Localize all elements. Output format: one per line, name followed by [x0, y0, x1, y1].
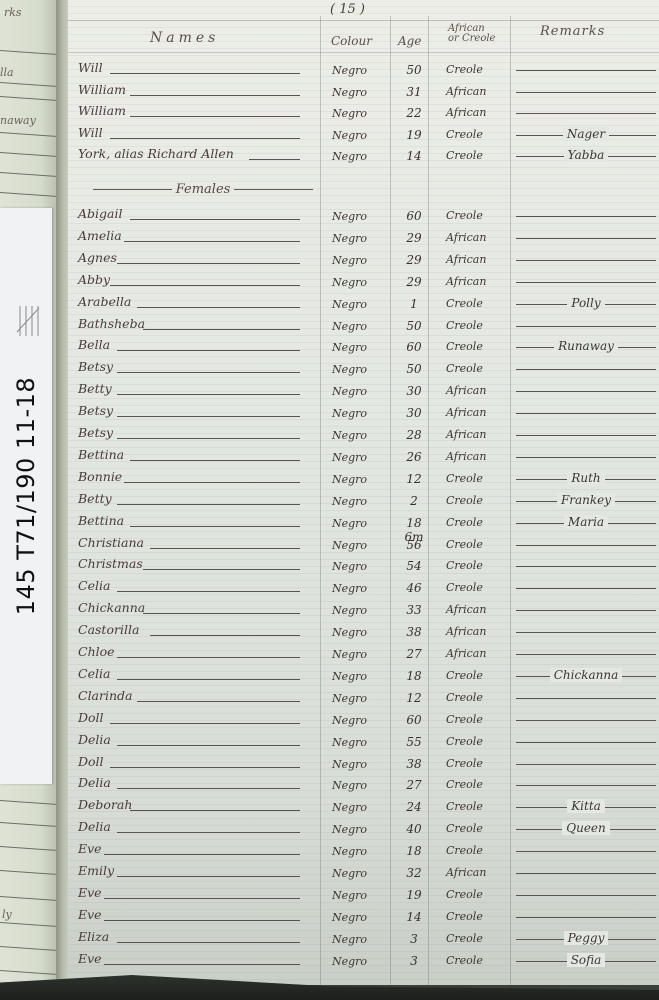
name-cell: Chickanna [78, 600, 145, 615]
name-cell: Eve [78, 951, 102, 966]
name-fill-rule [117, 876, 300, 877]
ledger-row: WillNegro50Creole [68, 60, 659, 82]
name-fill-rule [150, 635, 300, 636]
colour-cell: Negro [332, 429, 367, 442]
origin-cell: Creole [446, 472, 483, 485]
origin-cell: Creole [446, 559, 483, 572]
colour-cell: Negro [332, 473, 367, 486]
ledger-row: ChickannaNegro33African [68, 600, 659, 622]
name-cell: Bathsheba [78, 316, 145, 331]
age-cell: 55 [398, 735, 430, 749]
remark-rule [516, 873, 656, 874]
colour-cell: Negro [332, 648, 367, 661]
remark-cell: Chickanna [516, 668, 656, 682]
ledger-row: BetsyNegro30African [68, 403, 659, 425]
column-header-origin: African or Creole [448, 24, 495, 44]
name-fill-rule [110, 138, 300, 139]
age-cell: 14 [398, 149, 430, 163]
name-cell: Clarinda [78, 688, 133, 703]
colour-cell: Negro [332, 539, 367, 552]
remark-rule [516, 654, 656, 655]
ledger-row: DeborahNegro24CreoleKitta [68, 797, 659, 819]
name-cell: Betsy [78, 359, 113, 374]
age-cell: 40 [398, 822, 430, 836]
name-fill-rule [124, 482, 300, 483]
origin-cell: Creole [446, 362, 483, 375]
name-cell: Will [78, 60, 103, 75]
origin-cell: Creole [446, 910, 483, 923]
name-fill-rule [117, 416, 300, 417]
origin-cell: Creole [446, 128, 483, 141]
ledger-row: DeliaNegro55Creole [68, 732, 659, 754]
origin-cell: Creole [446, 778, 483, 791]
section-rule [234, 189, 313, 190]
name-fill-rule [117, 942, 300, 943]
remark-rule [516, 545, 656, 546]
colour-cell: Negro [332, 298, 367, 311]
remark-cell: Peggy [516, 931, 656, 945]
origin-cell: Creole [446, 538, 483, 551]
colour-cell: Negro [332, 889, 367, 902]
ledger-row: EmilyNegro32African [68, 863, 659, 885]
colour-cell: Negro [332, 560, 367, 573]
name-fill-rule [130, 810, 300, 811]
name-fill-rule [104, 920, 300, 921]
name-fill-rule [150, 548, 300, 549]
origin-cell: African [446, 603, 486, 616]
age-cell: 33 [398, 603, 430, 617]
origin-cell: Creole [446, 209, 483, 222]
age-cell: 3 [398, 954, 430, 968]
facing-page-text: naway [0, 114, 36, 127]
name-fill-rule [117, 263, 300, 264]
origin-cell: African [446, 428, 486, 441]
name-fill-rule [104, 964, 300, 965]
name-cell: Betsy [78, 403, 113, 418]
age-cell: 27 [398, 647, 430, 661]
column-header-names: Names [150, 30, 219, 46]
ledger-row: BellaNegro60CreoleRunaway [68, 337, 659, 359]
age-cell: 27 [398, 778, 430, 792]
section-rule [93, 189, 172, 190]
remark-rule [516, 742, 656, 743]
name-cell: Delia [78, 819, 111, 834]
header-top-rule [68, 20, 659, 21]
name-fill-rule [117, 788, 300, 789]
name-fill-rule [130, 526, 300, 527]
age-cell: 29 [398, 231, 430, 245]
column-header-remarks: Remarks [540, 24, 605, 39]
section-label-females: Females [93, 182, 313, 197]
facing-page-rule [0, 870, 56, 875]
origin-cell: Creole [446, 149, 483, 162]
origin-cell: Creole [446, 954, 483, 967]
colour-cell: Negro [332, 150, 367, 163]
age-cell: 56 [398, 538, 430, 552]
colour-cell: Negro [332, 845, 367, 858]
name-cell: Delia [78, 775, 111, 790]
remark-text: Frankey [557, 493, 615, 507]
remark-text: Runaway [554, 339, 618, 353]
column-header-colour: Colour [331, 34, 372, 48]
origin-cell: Creole [446, 735, 483, 748]
facing-page-rule [0, 96, 56, 101]
remark-rule [516, 92, 656, 93]
origin-cell: African [446, 253, 486, 266]
colour-cell: Negro [332, 86, 367, 99]
age-cell: 60 [398, 340, 430, 354]
ledger-row: CeliaNegro18CreoleChickanna [68, 666, 659, 688]
remark-rule [516, 413, 656, 414]
name-fill-rule [117, 438, 300, 439]
name-fill-rule [143, 569, 300, 570]
name-cell: Arabella [78, 294, 131, 309]
section-label-text: Females [176, 182, 231, 197]
origin-cell: Creole [446, 800, 483, 813]
colour-cell: Negro [332, 604, 367, 617]
colour-cell: Negro [332, 517, 367, 530]
origin-cell: Creole [446, 691, 483, 704]
age-cell: 18 [398, 844, 430, 858]
origin-cell: African [446, 450, 486, 463]
name-fill-rule [117, 591, 300, 592]
age-cell: 1 [398, 297, 430, 311]
name-fill-rule [130, 95, 300, 96]
ledger-row: ClarindaNegro12Creole [68, 688, 659, 710]
ledger-row: CeliaNegro46Creole [68, 578, 659, 600]
remark-cell: Maria [516, 515, 656, 529]
ledger-row: EveNegro19Creole [68, 885, 659, 907]
facing-page-rule [0, 846, 56, 851]
name-fill-rule [117, 394, 300, 395]
remark-rule [516, 610, 656, 611]
age-cell: 26 [398, 450, 430, 464]
name-cell: Celia [78, 578, 110, 593]
facing-page-rule [0, 50, 56, 55]
ledger-row: BetsyNegro50Creole [68, 359, 659, 381]
colour-cell: Negro [332, 670, 367, 683]
ledger-row: ChloeNegro27African [68, 644, 659, 666]
name-cell: Bonnie [78, 469, 122, 484]
name-cell: William [78, 103, 126, 118]
colour-cell: Negro [332, 407, 367, 420]
ledger-row: BettinaNegro26African [68, 447, 659, 469]
name-fill-rule [117, 832, 300, 833]
name-fill-rule [117, 372, 300, 373]
ledger-row: BetsyNegro28African [68, 425, 659, 447]
colour-cell: Negro [332, 911, 367, 924]
facing-page-rule [0, 970, 56, 975]
remark-text: Peggy [564, 931, 609, 945]
colour-cell: Negro [332, 363, 367, 376]
ledger-row: DollNegro38Creole [68, 754, 659, 776]
remark-rule [516, 70, 656, 71]
ledger-row: BonnieNegro12CreoleRuth [68, 469, 659, 491]
name-fill-rule [130, 116, 300, 117]
facing-page-rule [0, 152, 56, 157]
age-cell: 12 [398, 472, 430, 486]
colour-cell: Negro [332, 933, 367, 946]
ledger-row: AbbyNegro29African [68, 272, 659, 294]
remark-rule [516, 764, 656, 765]
colour-cell: Negro [332, 232, 367, 245]
ledger-row: BathshebaNegro50Creole [68, 316, 659, 338]
name-cell: Eve [78, 907, 102, 922]
age-cell: 2 [398, 494, 430, 508]
remark-rule [516, 113, 656, 114]
remark-text: Ruth [567, 471, 604, 485]
age-cell: 50 [398, 362, 430, 376]
remark-rule [516, 917, 656, 918]
name-fill-rule [143, 613, 300, 614]
colour-cell: Negro [332, 129, 367, 142]
facing-page-rule [0, 132, 56, 137]
name-cell: Betty [78, 491, 112, 506]
page-number: ( 15 ) [330, 2, 365, 17]
name-fill-rule [110, 285, 300, 286]
age-cell: 24 [398, 800, 430, 814]
name-fill-rule [104, 898, 300, 899]
remark-cell: Frankey [516, 493, 656, 507]
remark-text: Sofia [567, 953, 606, 967]
remark-rule [516, 698, 656, 699]
facing-page-text: rks [4, 6, 22, 19]
origin-cell: Creole [446, 297, 483, 310]
origin-cell: Creole [446, 757, 483, 770]
column-header-origin-line2: or Creole [448, 34, 495, 44]
name-fill-rule [117, 504, 300, 505]
remark-text: Polly [567, 296, 604, 310]
origin-cell: Creole [446, 713, 483, 726]
age-cell: 12 [398, 691, 430, 705]
name-cell: Eve [78, 885, 102, 900]
name-cell: William [78, 82, 126, 97]
ledger-row: WilliamNegro22African [68, 103, 659, 125]
colour-cell: Negro [332, 320, 367, 333]
ledger-row: ChristianaNegro56Creole [68, 535, 659, 557]
age-cell: 28 [398, 428, 430, 442]
name-cell: Eliza [78, 929, 109, 944]
age-cell: 54 [398, 559, 430, 573]
remark-rule [516, 216, 656, 217]
colour-cell: Negro [332, 582, 367, 595]
name-fill-rule [110, 73, 300, 74]
name-cell: Christiana [78, 535, 144, 550]
remark-rule [516, 457, 656, 458]
remark-rule [516, 238, 656, 239]
remark-text: Chickanna [550, 668, 623, 682]
name-fill-rule [130, 460, 300, 461]
age-cell: 14 [398, 910, 430, 924]
ledger-row: ArabellaNegro1CreolePolly [68, 294, 659, 316]
origin-cell: African [446, 625, 486, 638]
header-bottom-rule [68, 52, 659, 53]
name-fill-rule [249, 159, 300, 160]
ledger-row: EveNegro14Creole [68, 907, 659, 929]
name-fill-rule [124, 241, 300, 242]
remark-rule [516, 632, 656, 633]
origin-cell: African [446, 275, 486, 288]
name-cell: York, alias Richard Allen [78, 146, 234, 161]
name-cell: Bella [78, 337, 110, 352]
name-cell: Betsy [78, 425, 113, 440]
colour-cell: Negro [332, 341, 367, 354]
remark-cell: Sofia [516, 953, 656, 967]
origin-cell: African [446, 231, 486, 244]
origin-cell: African [446, 106, 486, 119]
name-cell: Abby [78, 272, 110, 287]
ledger-row: DeliaNegro40CreoleQueen [68, 819, 659, 841]
age-cell: 46 [398, 581, 430, 595]
ledger-row: EveNegro3CreoleSofia [68, 951, 659, 973]
colour-cell: Negro [332, 867, 367, 880]
colour-cell: Negro [332, 801, 367, 814]
colour-cell: Negro [332, 451, 367, 464]
facing-page-rule [0, 800, 56, 805]
age-cell: 3 [398, 932, 430, 946]
age-cell: 29 [398, 275, 430, 289]
facing-page-rule [0, 172, 56, 177]
archive-reference-text: 145 T71/190 11-18 [12, 377, 40, 615]
origin-cell: Creole [446, 63, 483, 76]
name-cell: Bettina [78, 513, 124, 528]
name-cell: Deborah [78, 797, 132, 812]
origin-cell: African [446, 406, 486, 419]
remark-cell: Queen [516, 821, 656, 835]
ledger-row: AbigailNegro60Creole [68, 206, 659, 228]
name-cell: Will [78, 125, 103, 140]
ledger-row: CastorillaNegro38African [68, 622, 659, 644]
ledger-row: AgnesNegro29African [68, 250, 659, 272]
remark-cell: Kitta [516, 799, 656, 813]
remark-text: Queen [562, 821, 610, 835]
origin-cell: Creole [446, 581, 483, 594]
remark-cell: Nager [516, 127, 656, 141]
name-fill-rule [143, 329, 300, 330]
facing-page-rule [0, 822, 56, 827]
ledger-row: AmeliaNegro29African [68, 228, 659, 250]
origin-cell: African [446, 647, 486, 660]
age-cell: 32 [398, 866, 430, 880]
colour-cell: Negro [332, 107, 367, 120]
remark-rule [516, 369, 656, 370]
name-cell: Celia [78, 666, 110, 681]
remark-rule [516, 588, 656, 589]
name-fill-rule [137, 307, 300, 308]
colour-cell: Negro [332, 495, 367, 508]
origin-cell: Creole [446, 319, 483, 332]
name-cell: Doll [78, 754, 104, 769]
age-cell: 19 [398, 128, 430, 142]
ledger-row: BettinaNegro18 6mCreoleMaria [68, 513, 659, 535]
facing-page-rule [0, 192, 56, 197]
remark-rule [516, 282, 656, 283]
colour-cell: Negro [332, 276, 367, 289]
ledger-row: DeliaNegro27Creole [68, 775, 659, 797]
colour-cell: Negro [332, 64, 367, 77]
remark-cell: Yabba [516, 148, 656, 162]
remark-rule [516, 720, 656, 721]
facing-page-rule [0, 896, 56, 901]
colour-cell: Negro [332, 714, 367, 727]
facing-page-text: ly [2, 908, 12, 921]
name-cell: Emily [78, 863, 114, 878]
remark-rule [516, 785, 656, 786]
colour-cell: Negro [332, 626, 367, 639]
remark-rule [516, 435, 656, 436]
ledger-row: WilliamNegro31African [68, 82, 659, 104]
colour-cell: Negro [332, 955, 367, 968]
colour-cell: Negro [332, 692, 367, 705]
facing-page-rule [0, 82, 56, 87]
name-fill-rule [117, 657, 300, 658]
age-cell: 30 [398, 384, 430, 398]
colour-cell: Negro [332, 758, 367, 771]
remark-text: Maria [564, 515, 608, 529]
name-fill-rule [117, 745, 300, 746]
remark-text: Nager [563, 127, 609, 141]
name-fill-rule [117, 350, 300, 351]
facing-page-text: lla [0, 66, 14, 79]
remark-rule [516, 326, 656, 327]
name-cell: Eve [78, 841, 102, 856]
ledger-row: DollNegro60Creole [68, 710, 659, 732]
ledger-row: WillNegro19CreoleNager [68, 125, 659, 147]
ledger-row: EveNegro18Creole [68, 841, 659, 863]
remark-rule [516, 260, 656, 261]
name-cell: Bettina [78, 447, 124, 462]
age-cell: 22 [398, 106, 430, 120]
ledger-page: ( 15 ) Names Colour Age African or Creol… [68, 0, 659, 985]
colour-cell: Negro [332, 385, 367, 398]
colour-cell: Negro [332, 823, 367, 836]
remark-rule [516, 895, 656, 896]
ledger-row: BettyNegro2CreoleFrankey [68, 491, 659, 513]
origin-cell: Creole [446, 516, 483, 529]
age-cell: 60 [398, 209, 430, 223]
name-cell: Amelia [78, 228, 122, 243]
remark-cell: Runaway [516, 339, 656, 353]
origin-cell: African [446, 384, 486, 397]
age-cell: 38 [398, 625, 430, 639]
colour-cell: Negro [332, 210, 367, 223]
name-fill-rule [110, 767, 300, 768]
remark-cell: Ruth [516, 471, 656, 485]
facing-page-rule [0, 922, 56, 927]
origin-cell: Creole [446, 340, 483, 353]
origin-cell: Creole [446, 669, 483, 682]
age-cell: 38 [398, 757, 430, 771]
name-fill-rule [117, 679, 300, 680]
name-cell: Agnes [78, 250, 117, 265]
name-cell: Delia [78, 732, 111, 747]
age-cell: 30 [398, 406, 430, 420]
age-cell: 18 [398, 669, 430, 683]
origin-cell: Creole [446, 932, 483, 945]
age-cell: 50 [398, 319, 430, 333]
ledger-row: York, alias Richard AllenNegro14CreoleYa… [68, 146, 659, 168]
origin-cell: Creole [446, 822, 483, 835]
origin-cell: African [446, 866, 486, 879]
name-cell: Abigail [78, 206, 122, 221]
ledger-row: BettyNegro30African [68, 381, 659, 403]
remark-rule [516, 851, 656, 852]
remark-text: Kitta [567, 799, 605, 813]
origin-cell: African [446, 85, 486, 98]
remark-text: Yabba [564, 148, 609, 162]
name-cell: Betty [78, 381, 112, 396]
age-cell: 19 [398, 888, 430, 902]
